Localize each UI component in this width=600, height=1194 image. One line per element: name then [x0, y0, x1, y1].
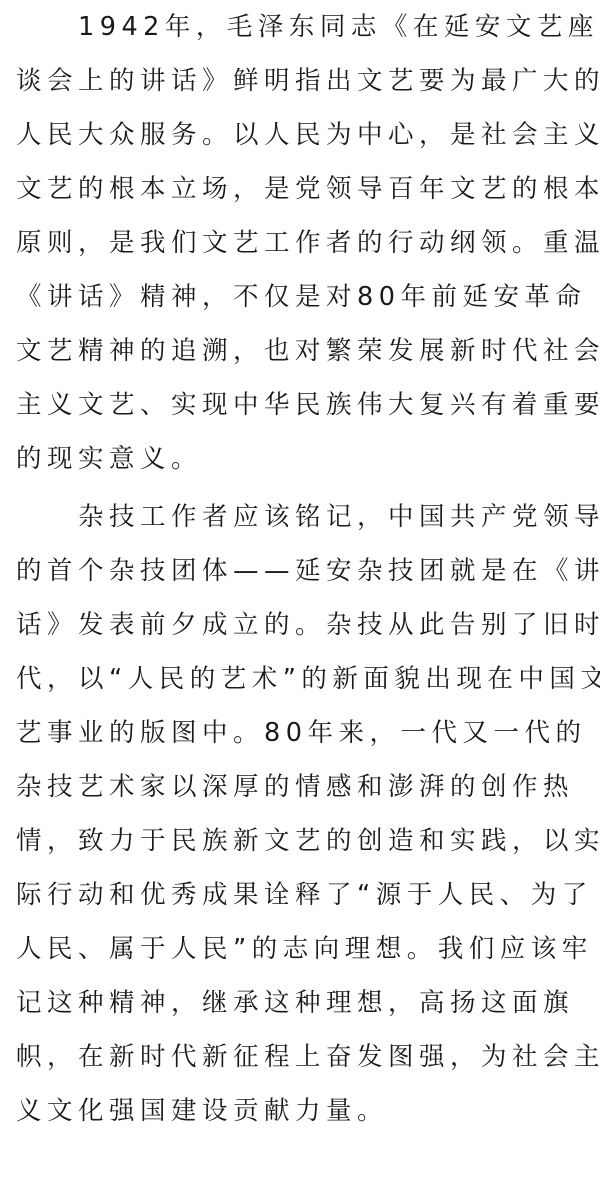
- text-line: 1942年，毛泽东同志《在延安文艺座: [16, 0, 588, 54]
- text-line: 话》发表前夕成立的。杂技从此告别了旧时: [16, 598, 588, 652]
- text-line: 杂技艺术家以深厚的情感和澎湃的创作热: [16, 760, 588, 814]
- text-line: 的现实意义。: [16, 432, 588, 486]
- text-line: 人民、属于人民”的志向理想。我们应该牢: [16, 922, 588, 976]
- text-line: 记这种精神，继承这种理想，高扬这面旗: [16, 976, 588, 1030]
- text-line: 情，致力于民族新文艺的创造和实践，以实: [16, 814, 588, 868]
- text-line: 文艺精神的追溯，也对繁荣发展新时代社会: [16, 324, 588, 378]
- text-line: 代，以“人民的艺术”的新面貌出现在中国文: [16, 652, 588, 706]
- text-line: 际行动和优秀成果诠释了“源于人民、为了: [16, 868, 588, 922]
- text-line: 原则，是我们文艺工作者的行动纲领。重温: [16, 216, 588, 270]
- text-line: 艺事业的版图中。80年来，一代又一代的: [16, 706, 588, 760]
- paragraph-1: 1942年，毛泽东同志《在延安文艺座 谈会上的讲话》鲜明指出文艺要为最广大的 人…: [16, 0, 588, 486]
- text-line: 杂技工作者应该铭记，中国共产党领导: [16, 490, 588, 544]
- text-line: 的首个杂技团体——延安杂技团就是在《讲: [16, 544, 588, 598]
- text-line: 《讲话》精神，不仅是对80年前延安革命: [16, 270, 588, 324]
- paragraph-2: 杂技工作者应该铭记，中国共产党领导 的首个杂技团体——延安杂技团就是在《讲 话》…: [16, 490, 588, 1138]
- text-line: 文艺的根本立场，是党领导百年文艺的根本: [16, 162, 588, 216]
- text-line: 谈会上的讲话》鲜明指出文艺要为最广大的: [16, 54, 588, 108]
- text-line: 主义文艺、实现中华民族伟大复兴有着重要: [16, 378, 588, 432]
- article-body: 1942年，毛泽东同志《在延安文艺座 谈会上的讲话》鲜明指出文艺要为最广大的 人…: [16, 0, 588, 1138]
- text-line: 义文化强国建设贡献力量。: [16, 1084, 588, 1138]
- text-line: 帜，在新时代新征程上奋发图强，为社会主: [16, 1030, 588, 1084]
- text-line: 人民大众服务。以人民为中心，是社会主义: [16, 108, 588, 162]
